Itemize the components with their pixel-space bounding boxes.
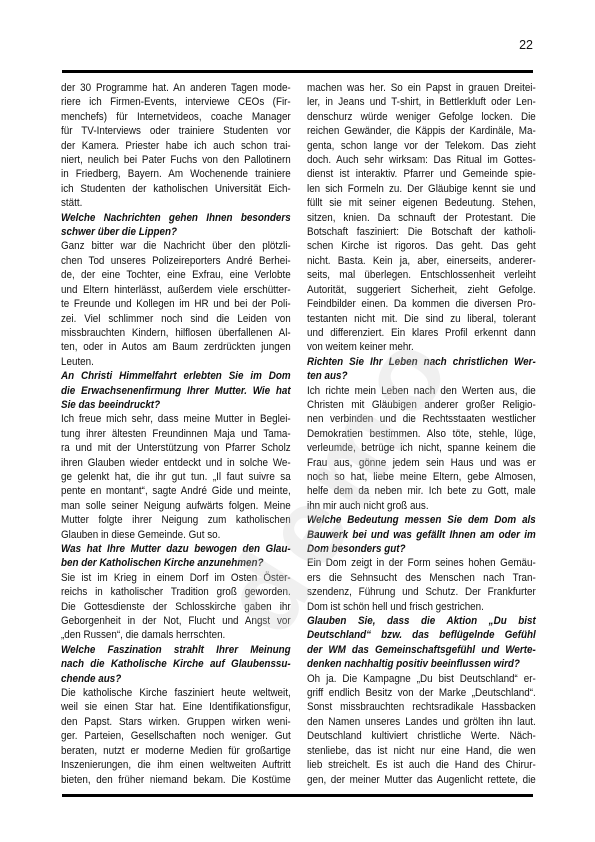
body-text-line: dienst ist interaktiv. Pfarrer und Gemei… [307,167,536,181]
body-text-line: der 30 Programme hat. An anderen Tagen m… [61,81,291,95]
body-text-line: man solle seiner Neigung aufwärts folgen… [61,499,291,513]
body-text-line: stenliebe, das ist nicht nur eine Hand, … [307,744,536,758]
interview-question-line: Sie das beeindruckt? [61,398,291,412]
body-text-line: reichs in katholischer Tradition groß ge… [61,585,291,599]
document-page: 22 der 30 Programme hat. An anderen Tage… [0,0,595,842]
body-text-line: Botschaft fasziniert: Die Botschaft der … [307,225,536,239]
interview-question-line: Glauben Sie, dass die Aktion „Du bist [307,614,536,628]
interview-question-line: Dom besonders gut? [307,542,536,556]
body-text-line: füllt sie mit seiner eigenen Bedeutung. … [307,196,536,210]
interview-question-line: Was hat Ihre Mutter dazu bewogen den Gla… [61,542,291,556]
body-text-line: Feindbilder einen. Da kommen die diverse… [307,297,536,311]
interview-question-line: chende aus? [61,672,291,686]
body-text-line: Ich richte mein Leben nach den Werten au… [307,384,536,398]
page-number: 22 [519,38,533,52]
interview-question-line: die Erwachsenenfirmung Ihrer Mutter. Wie… [61,384,291,398]
left-column: der 30 Programme hat. An anderen Tagen m… [61,81,291,787]
interview-question-line: Welche Faszination strahlt Ihrer Meinung [61,643,291,657]
body-text-line: Sie ist im Krieg in einem Dorf im Osten … [61,571,291,585]
interview-question-line: Welche Bedeutung messen Sie dem Dom als [307,513,536,527]
body-text-line: ihren Glauben wieder entdeckt und in sol… [61,456,291,470]
body-text-line: menchefs) für Internetvideos, coache Man… [61,110,291,124]
body-text-line: szendenz, Führung und Schutz. Der Frankf… [307,585,536,599]
body-text-line: Ganz bitter war die Nachricht über den p… [61,239,291,253]
body-text-line: zei. Viel schlimmer noch sind die Leiden… [61,312,291,326]
body-text-line: gen, der meiner Mutter das Augenlicht re… [307,773,536,787]
interview-question-line: der WM das Gemeinschaftsgefühl und Werte… [307,643,536,657]
body-text-line: stätt. [61,196,291,210]
body-text-line: den Namen unseres Landes und grölten ihn… [307,715,536,729]
body-text-line: denschurz würde weniger Gefolge locken. … [307,110,536,124]
body-text-line: Frau aus, gönne jedem sein Haus und was … [307,456,536,470]
body-text-line: in Friedberg, Bayern. Am Wochenende trai… [61,167,291,181]
interview-question-line: nach die Katholische Kirche auf Glaubens… [61,657,291,671]
body-text-line: nicht. Basta. Kein ja, aber, einerseits,… [307,254,536,268]
interview-question-line: ben der Katholischen Kirche anzunehmen? [61,556,291,570]
body-text-line: Glauben in diese Gemeinde. Gut so. [61,528,291,542]
interview-question-line: Deutschland“ bzw. das beflügelnde Gefühl [307,628,536,642]
body-text-line: ler, in Jeans und T-shirt, in Bettlerklu… [307,95,536,109]
body-text-line: ich Studenten der katholischen Universit… [61,182,291,196]
body-text-line: ge gelenkt hat, die ihr gut tun. „Il fau… [61,470,291,484]
interview-question-line: denken nachhaltig positiv beeinflussen w… [307,657,536,671]
body-text-line: Geborgenheit in der Not, Flucht und Angs… [61,614,291,628]
body-text-line: ra und mit der Unterstützung von Pfarrer… [61,441,291,455]
interview-question-line: Welche Nachrichten gehen Ihnen besonders [61,211,291,225]
body-text-line: und Eltern hinterlässt, außerdem viele e… [61,283,291,297]
body-text-line: verleumde, betrüge ich nicht, spanne kei… [307,441,536,455]
interview-question-line: Bauwerk bei und was gefällt Ihnen am ode… [307,528,536,542]
body-text-line: Sonst missbrauchten rechtsradikale Hassb… [307,700,536,714]
body-text-line: nen verbinden und die Rechtsstaaten west… [307,412,536,426]
body-text-line: Demokratien bestimmen. Also töte, stehle… [307,427,536,441]
body-text-line: Dom ist schön hell und frisch gestrichen… [307,600,536,614]
body-text-line: len sich Formeln zu. Der Gläubige kennt … [307,182,536,196]
body-text-line: ger. Parteien, Gesellschaften noch wenig… [61,729,291,743]
interview-question-line: An Christi Himmelfahrt erlebten Sie im D… [61,369,291,383]
interview-question-line: ten aus? [307,369,536,383]
body-text-line: testanten nicht mit. Die sind zu liberal… [307,312,536,326]
body-text-line: ihn mir auch nicht groß aus. [307,499,536,513]
body-text-line: Autorität, suggeriert Sicherheit, zieht … [307,283,536,297]
body-text-line: genta, schon lange vor der Telekom. Das … [307,139,536,153]
body-text-line: bieten, den früher niemand bekam. Die Ko… [61,773,291,787]
body-text-line: missbrauchten Kindern, hilflosen überfal… [61,326,291,340]
header-rule [62,70,533,73]
body-text-line: Deutschland kultiviert christliche Werte… [307,729,536,743]
body-text-line: Die katholische Kirche fasziniert heute … [61,686,291,700]
body-text-line: von weitem keiner mehr. [307,340,536,354]
body-text-line: chen Tod unseres Polizeireporters André … [61,254,291,268]
body-text-line: weil sie einen Star hat. Eine Identifika… [61,700,291,714]
interview-question-line: schwer über die Lippen? [61,225,291,239]
body-text-line: für TV-Interviews oder trainiere Student… [61,124,291,138]
body-text-line: helfe dem da neben mir. Ich bete zu Gott… [307,484,536,498]
body-text-line: Leuten. [61,355,291,369]
body-text-line: beraten, nutzt er moderne Medien für gro… [61,744,291,758]
body-text-line: ten, oder in Autos am Baum zerdrückten j… [61,340,291,354]
body-text-line: tung ihrer ältesten Freundinnen Maja und… [61,427,291,441]
body-text-line: Oh ja. Die Kampagne „Du bist Deutschland… [307,672,536,686]
body-text-line: te Freunde und Kollegen im HR und bei de… [61,297,291,311]
body-text-line: den Papst. Stars wirken. Gruppen wirken … [61,715,291,729]
body-text-line: doch. Auch sehr wirksam: Das Ritual im G… [307,153,536,167]
right-column: machen was her. So ein Papst in grauen D… [307,81,536,787]
body-text-line: noch so hat, liebe meine Eltern, gebe Al… [307,470,536,484]
body-text-line: Die Gottesdienste der Schlosskirche gabe… [61,600,291,614]
body-text-line: griff endlich Besitz von der Marke „Deut… [307,686,536,700]
body-text-line: Inszenierungen, die ihm einen weltweiten… [61,758,291,772]
body-text-line: lieb streichelt. Es ist auch die Hand de… [307,758,536,772]
body-text-line: Ein Dom zeigt in der Form seines hohen G… [307,556,536,570]
body-text-line: seits, mal überlegen. Entschlossenheit v… [307,268,536,282]
body-text-line: machen was her. So ein Papst in grauen D… [307,81,536,95]
body-text-line: pente en montant“, sagte André Gide und … [61,484,291,498]
footer-rule [62,794,533,797]
interview-question-line: Richten Sie Ihr Leben nach christlichen … [307,355,536,369]
body-text-line: „den Russen“, die damals herrschten. [61,628,291,642]
body-text-line: de, der eine Tochter, eine Exfrau, eine … [61,268,291,282]
body-text-line: Ich freue mich sehr, dass meine Mutter i… [61,412,291,426]
body-text-line: Mutter folgte ihrer Neigung zum katholis… [61,513,291,527]
body-text-line: Christen mit Gläubigen anderer großer Re… [307,398,536,412]
body-text-line: schen Kirche ist rigoros. Das geht. Das … [307,239,536,253]
body-text-line: ers die Sehnsucht des Menschen nach Tran… [307,571,536,585]
body-text-line: reichen Gewänder, die Käppis der Kardinä… [307,124,536,138]
body-text-line: und differenziert. Ein klares Profil erk… [307,326,536,340]
body-text-line: niert, neulich bei Pater Fuchs von den P… [61,153,291,167]
body-text-line: riere ich Firmen-Events, interviewe CEOs… [61,95,291,109]
body-text-line: sitzen, knien. Da schnauft der Protestan… [307,211,536,225]
body-text-line: der Kamera. Priester habe ich auch schon… [61,139,291,153]
